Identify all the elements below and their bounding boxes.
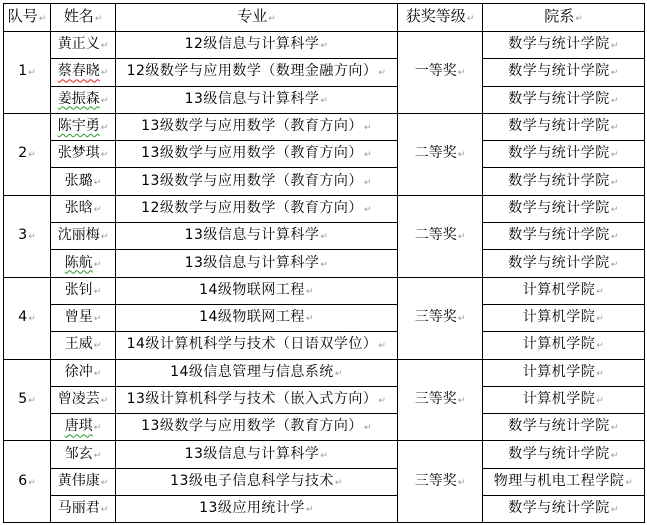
paragraph-mark-icon: ↵ — [596, 314, 604, 324]
paragraph-mark-icon: ↵ — [378, 341, 386, 351]
major-text: 14级信息管理与信息系统 — [170, 364, 334, 380]
paragraph-mark-icon: ↵ — [458, 478, 466, 488]
paragraph-mark-icon: ↵ — [94, 205, 102, 215]
department-cell: 计算机学院↵ — [483, 332, 645, 359]
paragraph-mark-icon: ↵ — [596, 369, 604, 379]
paragraph-mark-icon: ↵ — [458, 232, 466, 242]
paragraph-mark-icon: ↵ — [611, 41, 619, 51]
member-name-cell: 姜振森↵ — [51, 86, 116, 113]
table-row: 5↵徐冲↵14级信息管理与信息系统↵三等奖↵计算机学院↵ — [4, 359, 645, 386]
paragraph-mark-icon: ↵ — [94, 287, 102, 297]
award-level: 二等奖 — [415, 145, 457, 161]
major-text: 13级应用统计学 — [199, 500, 305, 516]
team-number-cell: 1↵ — [4, 32, 51, 114]
paragraph-mark-icon: ↵ — [94, 451, 102, 461]
member-name: 陈航 — [65, 255, 93, 271]
department-text: 物理与机电工程学院 — [494, 473, 625, 489]
major-text: 13级计算机科学与技术（嵌入式方向） — [127, 391, 378, 407]
paragraph-mark-icon: ↵ — [611, 96, 619, 106]
table-row: 4↵张钊↵14级物联网工程↵三等奖↵计算机学院↵ — [4, 277, 645, 304]
award-level: 三等奖 — [415, 309, 457, 325]
member-name-cell: 邹玄↵ — [51, 441, 116, 468]
award-level-cell: 三等奖↵ — [398, 441, 483, 523]
table-row: 6↵邹玄↵13级信息与计算科学↵三等奖↵数学与统计学院↵ — [4, 441, 645, 468]
member-name: 张璐 — [65, 173, 93, 189]
paragraph-mark-icon: ↵ — [320, 451, 328, 461]
major-text: 13级数学与应用数学（教育方向） — [141, 418, 363, 434]
major-cell: 12级信息与计算科学↵ — [116, 32, 398, 59]
major-cell: 13级数学与应用数学（教育方向）↵ — [116, 414, 398, 441]
paragraph-mark-icon: ↵ — [28, 478, 36, 488]
team-number-cell: 3↵ — [4, 195, 51, 277]
table-row: 沈丽梅↵13级信息与计算科学↵数学与统计学院↵ — [4, 223, 645, 250]
header-dept: 院系↵ — [483, 4, 645, 32]
team-number-cell: 2↵ — [4, 113, 51, 195]
major-text: 14级物联网工程 — [199, 282, 305, 298]
paragraph-mark-icon: ↵ — [458, 68, 466, 78]
paragraph-mark-icon: ↵ — [94, 260, 102, 270]
paragraph-mark-icon: ↵ — [458, 396, 466, 406]
award-level: 三等奖 — [415, 473, 457, 489]
department-cell: 数学与统计学院↵ — [483, 168, 645, 195]
award-level: 二等奖 — [415, 227, 457, 243]
paragraph-mark-icon: ↵ — [364, 178, 372, 188]
paragraph-mark-icon: ↵ — [101, 123, 109, 133]
major-cell: 13级信息与计算科学↵ — [116, 441, 398, 468]
team-number: 3 — [18, 227, 27, 243]
table-row: 1↵黄正义↵12级信息与计算科学↵一等奖↵数学与统计学院↵ — [4, 32, 645, 59]
paragraph-mark-icon: ↵ — [95, 14, 103, 24]
department-cell: 数学与统计学院↵ — [483, 223, 645, 250]
header-name-label: 姓名 — [64, 7, 94, 25]
department-text: 计算机学院 — [523, 309, 596, 325]
paragraph-mark-icon: ↵ — [611, 260, 619, 270]
team-number: 5 — [18, 391, 27, 407]
paragraph-mark-icon: ↵ — [306, 314, 314, 324]
department-cell: 数学与统计学院↵ — [483, 414, 645, 441]
paragraph-mark-icon: ↵ — [611, 205, 619, 215]
major-cell: 13级数学与应用数学（教育方向）↵ — [116, 113, 398, 140]
major-text: 13级数学与应用数学（教育方向） — [141, 145, 363, 161]
team-number-cell: 5↵ — [4, 359, 51, 441]
department-text: 数学与统计学院 — [508, 200, 610, 216]
paragraph-mark-icon: ↵ — [467, 14, 475, 24]
header-row: 队号↵ 姓名↵ 专业↵ 获奖等级↵ 院系↵ — [4, 4, 645, 32]
member-name-cell: 黄正义↵ — [51, 32, 116, 59]
major-cell: 12级数学与应用数学（数理金融方向）↵ — [116, 59, 398, 86]
header-major: 专业↵ — [116, 4, 398, 32]
table-row: 陈航↵13级信息与计算科学↵数学与统计学院↵ — [4, 250, 645, 277]
member-name-cell: 张璐↵ — [51, 168, 116, 195]
paragraph-mark-icon: ↵ — [364, 150, 372, 160]
member-name-cell: 黄伟康↵ — [51, 468, 116, 495]
paragraph-mark-icon: ↵ — [378, 68, 386, 78]
paragraph-mark-icon: ↵ — [101, 41, 109, 51]
paragraph-mark-icon: ↵ — [101, 68, 109, 78]
member-name: 姜振森 — [58, 91, 100, 107]
table-row: 姜振森↵13级信息与计算科学↵数学与统计学院↵ — [4, 86, 645, 113]
table-row: 蔡春晓↵12级数学与应用数学（数理金融方向）↵数学与统计学院↵ — [4, 59, 645, 86]
department-cell: 数学与统计学院↵ — [483, 59, 645, 86]
department-text: 计算机学院 — [523, 391, 596, 407]
paragraph-mark-icon: ↵ — [335, 369, 343, 379]
award-level: 一等奖 — [415, 63, 457, 79]
member-name-cell: 王威↵ — [51, 332, 116, 359]
award-level: 三等奖 — [415, 391, 457, 407]
major-text: 13级数学与应用数学（教育方向） — [141, 173, 363, 189]
paragraph-mark-icon: ↵ — [94, 314, 102, 324]
paragraph-mark-icon: ↵ — [28, 232, 36, 242]
paragraph-mark-icon: ↵ — [39, 14, 47, 24]
table-row: 曾凌芸↵13级计算机科学与技术（嵌入式方向）↵计算机学院↵ — [4, 386, 645, 413]
header-team: 队号↵ — [4, 4, 51, 32]
paragraph-mark-icon: ↵ — [364, 423, 372, 433]
paragraph-mark-icon: ↵ — [378, 396, 386, 406]
team-number-cell: 6↵ — [4, 441, 51, 523]
member-name: 张梦琪 — [58, 145, 100, 161]
major-cell: 13级信息与计算科学↵ — [116, 223, 398, 250]
header-major-label: 专业 — [237, 7, 267, 25]
major-text: 14级计算机科学与技术（日语双学位） — [127, 336, 378, 352]
table-row: 张梦琪↵13级数学与应用数学（教育方向）↵数学与统计学院↵ — [4, 141, 645, 168]
awards-table-body: 1↵黄正义↵12级信息与计算科学↵一等奖↵数学与统计学院↵蔡春晓↵12级数学与应… — [4, 32, 645, 523]
major-text: 13级信息与计算科学 — [185, 227, 320, 243]
paragraph-mark-icon: ↵ — [101, 505, 109, 515]
paragraph-mark-icon: ↵ — [306, 505, 314, 515]
table-row: 3↵张晗↵12级数学与应用数学（教育方向）↵二等奖↵数学与统计学院↵ — [4, 195, 645, 222]
paragraph-mark-icon: ↵ — [364, 205, 372, 215]
department-text: 计算机学院 — [523, 364, 596, 380]
award-level-cell: 二等奖↵ — [398, 113, 483, 195]
paragraph-mark-icon: ↵ — [458, 150, 466, 160]
department-text: 数学与统计学院 — [508, 500, 610, 516]
paragraph-mark-icon: ↵ — [320, 96, 328, 106]
member-name: 蔡春晓 — [58, 63, 100, 79]
member-name: 黄正义 — [58, 36, 100, 52]
department-text: 计算机学院 — [523, 282, 596, 298]
member-name: 马丽君 — [58, 500, 100, 516]
member-name: 曾星 — [65, 309, 93, 325]
team-number: 1 — [18, 63, 27, 79]
paragraph-mark-icon: ↵ — [28, 396, 36, 406]
paragraph-mark-icon: ↵ — [596, 396, 604, 406]
team-number: 2 — [18, 145, 27, 161]
department-cell: 数学与统计学院↵ — [483, 32, 645, 59]
department-text: 数学与统计学院 — [508, 227, 610, 243]
member-name: 徐冲 — [65, 364, 93, 380]
paragraph-mark-icon: ↵ — [596, 341, 604, 351]
department-cell: 数学与统计学院↵ — [483, 496, 645, 523]
major-cell: 13级应用统计学↵ — [116, 496, 398, 523]
paragraph-mark-icon: ↵ — [611, 150, 619, 160]
awards-table: 队号↵ 姓名↵ 专业↵ 获奖等级↵ 院系↵ 1↵黄正义↵12级信息与计算科学↵一… — [3, 3, 645, 523]
paragraph-mark-icon: ↵ — [335, 478, 343, 488]
header-dept-label: 院系 — [544, 7, 574, 25]
major-cell: 13级数学与应用数学（教育方向）↵ — [116, 168, 398, 195]
member-name-cell: 张梦琪↵ — [51, 141, 116, 168]
member-name-cell: 沈丽梅↵ — [51, 223, 116, 250]
major-cell: 13级信息与计算科学↵ — [116, 250, 398, 277]
paragraph-mark-icon: ↵ — [458, 314, 466, 324]
member-name-cell: 曾星↵ — [51, 304, 116, 331]
major-cell: 12级数学与应用数学（教育方向）↵ — [116, 195, 398, 222]
member-name: 王威 — [65, 336, 93, 352]
award-level-cell: 三等奖↵ — [398, 277, 483, 359]
paragraph-mark-icon: ↵ — [28, 150, 36, 160]
team-number-cell: 4↵ — [4, 277, 51, 359]
major-cell: 13级电子信息科学与技术↵ — [116, 468, 398, 495]
paragraph-mark-icon: ↵ — [611, 423, 619, 433]
member-name: 唐琪 — [65, 418, 93, 434]
department-text: 数学与统计学院 — [508, 91, 610, 107]
department-cell: 物理与机电工程学院↵ — [483, 468, 645, 495]
department-cell: 数学与统计学院↵ — [483, 441, 645, 468]
department-cell: 计算机学院↵ — [483, 277, 645, 304]
member-name-cell: 蔡春晓↵ — [51, 59, 116, 86]
member-name-cell: 陈宇勇↵ — [51, 113, 116, 140]
paragraph-mark-icon: ↵ — [596, 287, 604, 297]
paragraph-mark-icon: ↵ — [101, 232, 109, 242]
paragraph-mark-icon: ↵ — [611, 232, 619, 242]
department-cell: 数学与统计学院↵ — [483, 141, 645, 168]
paragraph-mark-icon: ↵ — [94, 369, 102, 379]
department-cell: 数学与统计学院↵ — [483, 195, 645, 222]
paragraph-mark-icon: ↵ — [94, 341, 102, 351]
paragraph-mark-icon: ↵ — [320, 41, 328, 51]
paragraph-mark-icon: ↵ — [364, 123, 372, 133]
department-text: 数学与统计学院 — [508, 63, 610, 79]
paragraph-mark-icon: ↵ — [575, 14, 583, 24]
major-text: 12级信息与计算科学 — [185, 36, 320, 52]
paragraph-mark-icon: ↵ — [611, 505, 619, 515]
department-cell: 计算机学院↵ — [483, 359, 645, 386]
major-cell: 14级物联网工程↵ — [116, 277, 398, 304]
table-row: 2↵陈宇勇↵13级数学与应用数学（教育方向）↵二等奖↵数学与统计学院↵ — [4, 113, 645, 140]
member-name-cell: 徐冲↵ — [51, 359, 116, 386]
member-name-cell: 张晗↵ — [51, 195, 116, 222]
department-cell: 数学与统计学院↵ — [483, 86, 645, 113]
table-row: 马丽君↵13级应用统计学↵数学与统计学院↵ — [4, 496, 645, 523]
major-cell: 14级物联网工程↵ — [116, 304, 398, 331]
paragraph-mark-icon: ↵ — [306, 287, 314, 297]
department-text: 数学与统计学院 — [508, 418, 610, 434]
member-name: 邹玄 — [65, 446, 93, 462]
table-row: 曾星↵14级物联网工程↵计算机学院↵ — [4, 304, 645, 331]
paragraph-mark-icon: ↵ — [268, 14, 276, 24]
paragraph-mark-icon: ↵ — [320, 260, 328, 270]
major-text: 14级物联网工程 — [199, 309, 305, 325]
major-cell: 13级数学与应用数学（教育方向）↵ — [116, 141, 398, 168]
major-cell: 13级计算机科学与技术（嵌入式方向）↵ — [116, 386, 398, 413]
header-team-label: 队号 — [8, 7, 38, 25]
member-name: 黄伟康 — [58, 473, 100, 489]
header-name: 姓名↵ — [51, 4, 116, 32]
major-cell: 14级计算机科学与技术（日语双学位）↵ — [116, 332, 398, 359]
paragraph-mark-icon: ↵ — [625, 478, 633, 488]
department-text: 数学与统计学院 — [508, 118, 610, 134]
major-text: 13级数学与应用数学（教育方向） — [141, 118, 363, 134]
member-name-cell: 张钊↵ — [51, 277, 116, 304]
table-row: 张璐↵13级数学与应用数学（教育方向）↵数学与统计学院↵ — [4, 168, 645, 195]
major-text: 12级数学与应用数学（数理金融方向） — [127, 63, 378, 79]
paragraph-mark-icon: ↵ — [611, 178, 619, 188]
department-text: 数学与统计学院 — [508, 36, 610, 52]
department-cell: 计算机学院↵ — [483, 304, 645, 331]
member-name-cell: 唐琪↵ — [51, 414, 116, 441]
table-row: 王威↵14级计算机科学与技术（日语双学位）↵计算机学院↵ — [4, 332, 645, 359]
major-text: 13级电子信息科学与技术 — [170, 473, 334, 489]
member-name-cell: 马丽君↵ — [51, 496, 116, 523]
department-cell: 计算机学院↵ — [483, 386, 645, 413]
department-text: 数学与统计学院 — [508, 255, 610, 271]
department-cell: 数学与统计学院↵ — [483, 250, 645, 277]
major-text: 12级数学与应用数学（教育方向） — [141, 200, 363, 216]
department-text: 数学与统计学院 — [508, 446, 610, 462]
award-level-cell: 一等奖↵ — [398, 32, 483, 114]
department-text: 数学与统计学院 — [508, 145, 610, 161]
paragraph-mark-icon: ↵ — [94, 423, 102, 433]
member-name: 沈丽梅 — [58, 227, 100, 243]
major-text: 13级信息与计算科学 — [185, 446, 320, 462]
paragraph-mark-icon: ↵ — [101, 96, 109, 106]
member-name: 陈宇勇 — [58, 118, 100, 134]
member-name-cell: 曾凌芸↵ — [51, 386, 116, 413]
paragraph-mark-icon: ↵ — [28, 314, 36, 324]
paragraph-mark-icon: ↵ — [101, 396, 109, 406]
header-award-label: 获奖等级 — [406, 7, 466, 25]
paragraph-mark-icon: ↵ — [101, 150, 109, 160]
major-cell: 13级信息与计算科学↵ — [116, 86, 398, 113]
department-cell: 数学与统计学院↵ — [483, 113, 645, 140]
team-number: 6 — [18, 473, 27, 489]
paragraph-mark-icon: ↵ — [101, 478, 109, 488]
major-text: 13级信息与计算科学 — [185, 91, 320, 107]
member-name: 张晗 — [65, 200, 93, 216]
department-text: 数学与统计学院 — [508, 173, 610, 189]
member-name-cell: 陈航↵ — [51, 250, 116, 277]
member-name: 张钊 — [65, 282, 93, 298]
header-award: 获奖等级↵ — [398, 4, 483, 32]
major-cell: 14级信息管理与信息系统↵ — [116, 359, 398, 386]
award-level-cell: 二等奖↵ — [398, 195, 483, 277]
paragraph-mark-icon: ↵ — [611, 68, 619, 78]
paragraph-mark-icon: ↵ — [611, 123, 619, 133]
table-row: 唐琪↵13级数学与应用数学（教育方向）↵数学与统计学院↵ — [4, 414, 645, 441]
paragraph-mark-icon: ↵ — [94, 178, 102, 188]
member-name: 曾凌芸 — [58, 391, 100, 407]
major-text: 13级信息与计算科学 — [185, 255, 320, 271]
team-number: 4 — [18, 309, 27, 325]
department-text: 计算机学院 — [523, 336, 596, 352]
paragraph-mark-icon: ↵ — [28, 68, 36, 78]
paragraph-mark-icon: ↵ — [611, 451, 619, 461]
table-row: 黄伟康↵13级电子信息科学与技术↵物理与机电工程学院↵ — [4, 468, 645, 495]
paragraph-mark-icon: ↵ — [320, 232, 328, 242]
award-level-cell: 三等奖↵ — [398, 359, 483, 441]
